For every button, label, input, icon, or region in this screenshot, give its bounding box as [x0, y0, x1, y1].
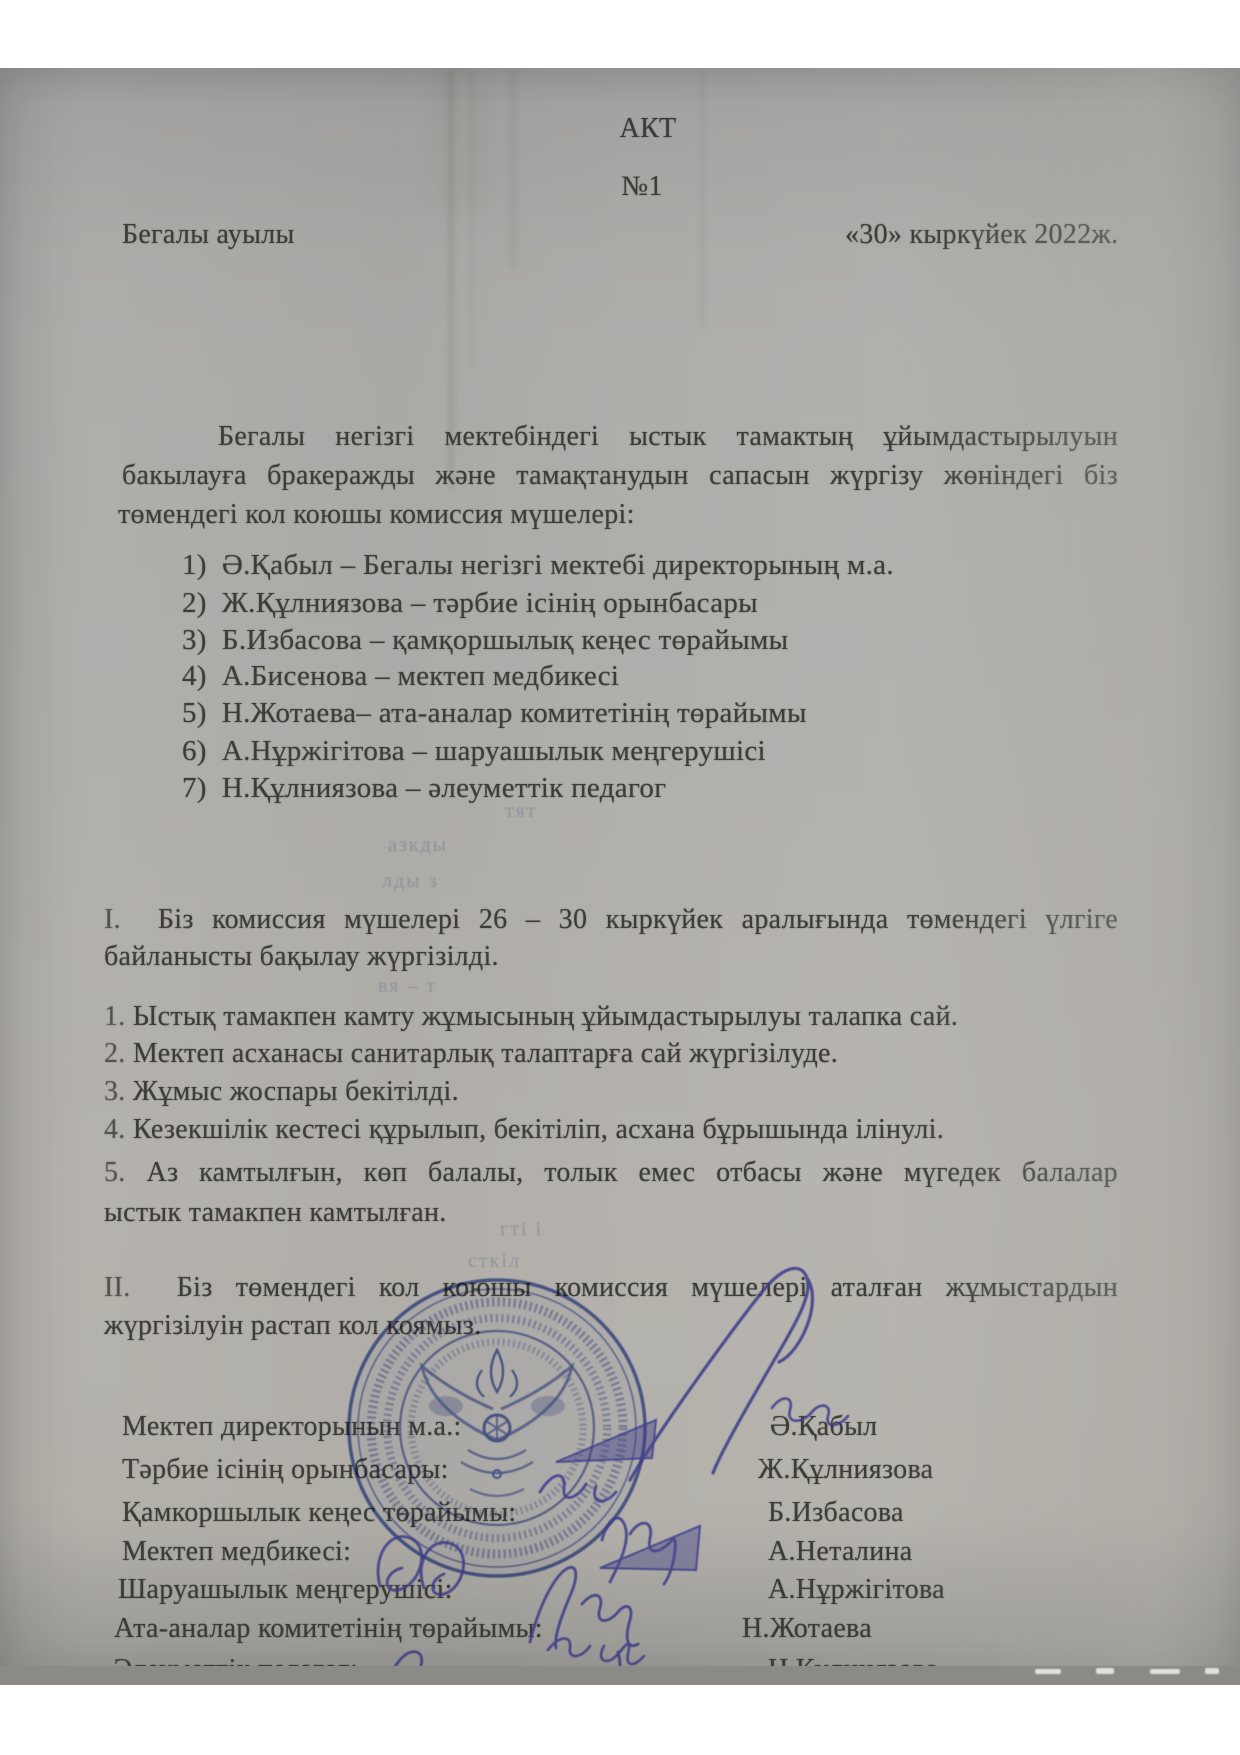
document-photo: АКТ №1 Бегалы ауылы «30» кыркүйек 2022ж.… [0, 68, 1240, 1685]
cutoff-mark [1150, 1669, 1180, 1674]
cutoff-mark [1096, 1668, 1114, 1674]
handwritten-signatures [0, 68, 1240, 1685]
signature-director [630, 1268, 808, 1480]
signature-nurse [378, 1537, 464, 1595]
cutoff-mark [1035, 1669, 1061, 1674]
scanned-document-page: АКТ №1 Бегалы ауылы «30» кыркүйек 2022ж.… [0, 0, 1240, 1755]
signature-deputy [540, 1476, 616, 1502]
cutoff-mark [1205, 1668, 1219, 1674]
photo-bottom-band [0, 1666, 1240, 1685]
